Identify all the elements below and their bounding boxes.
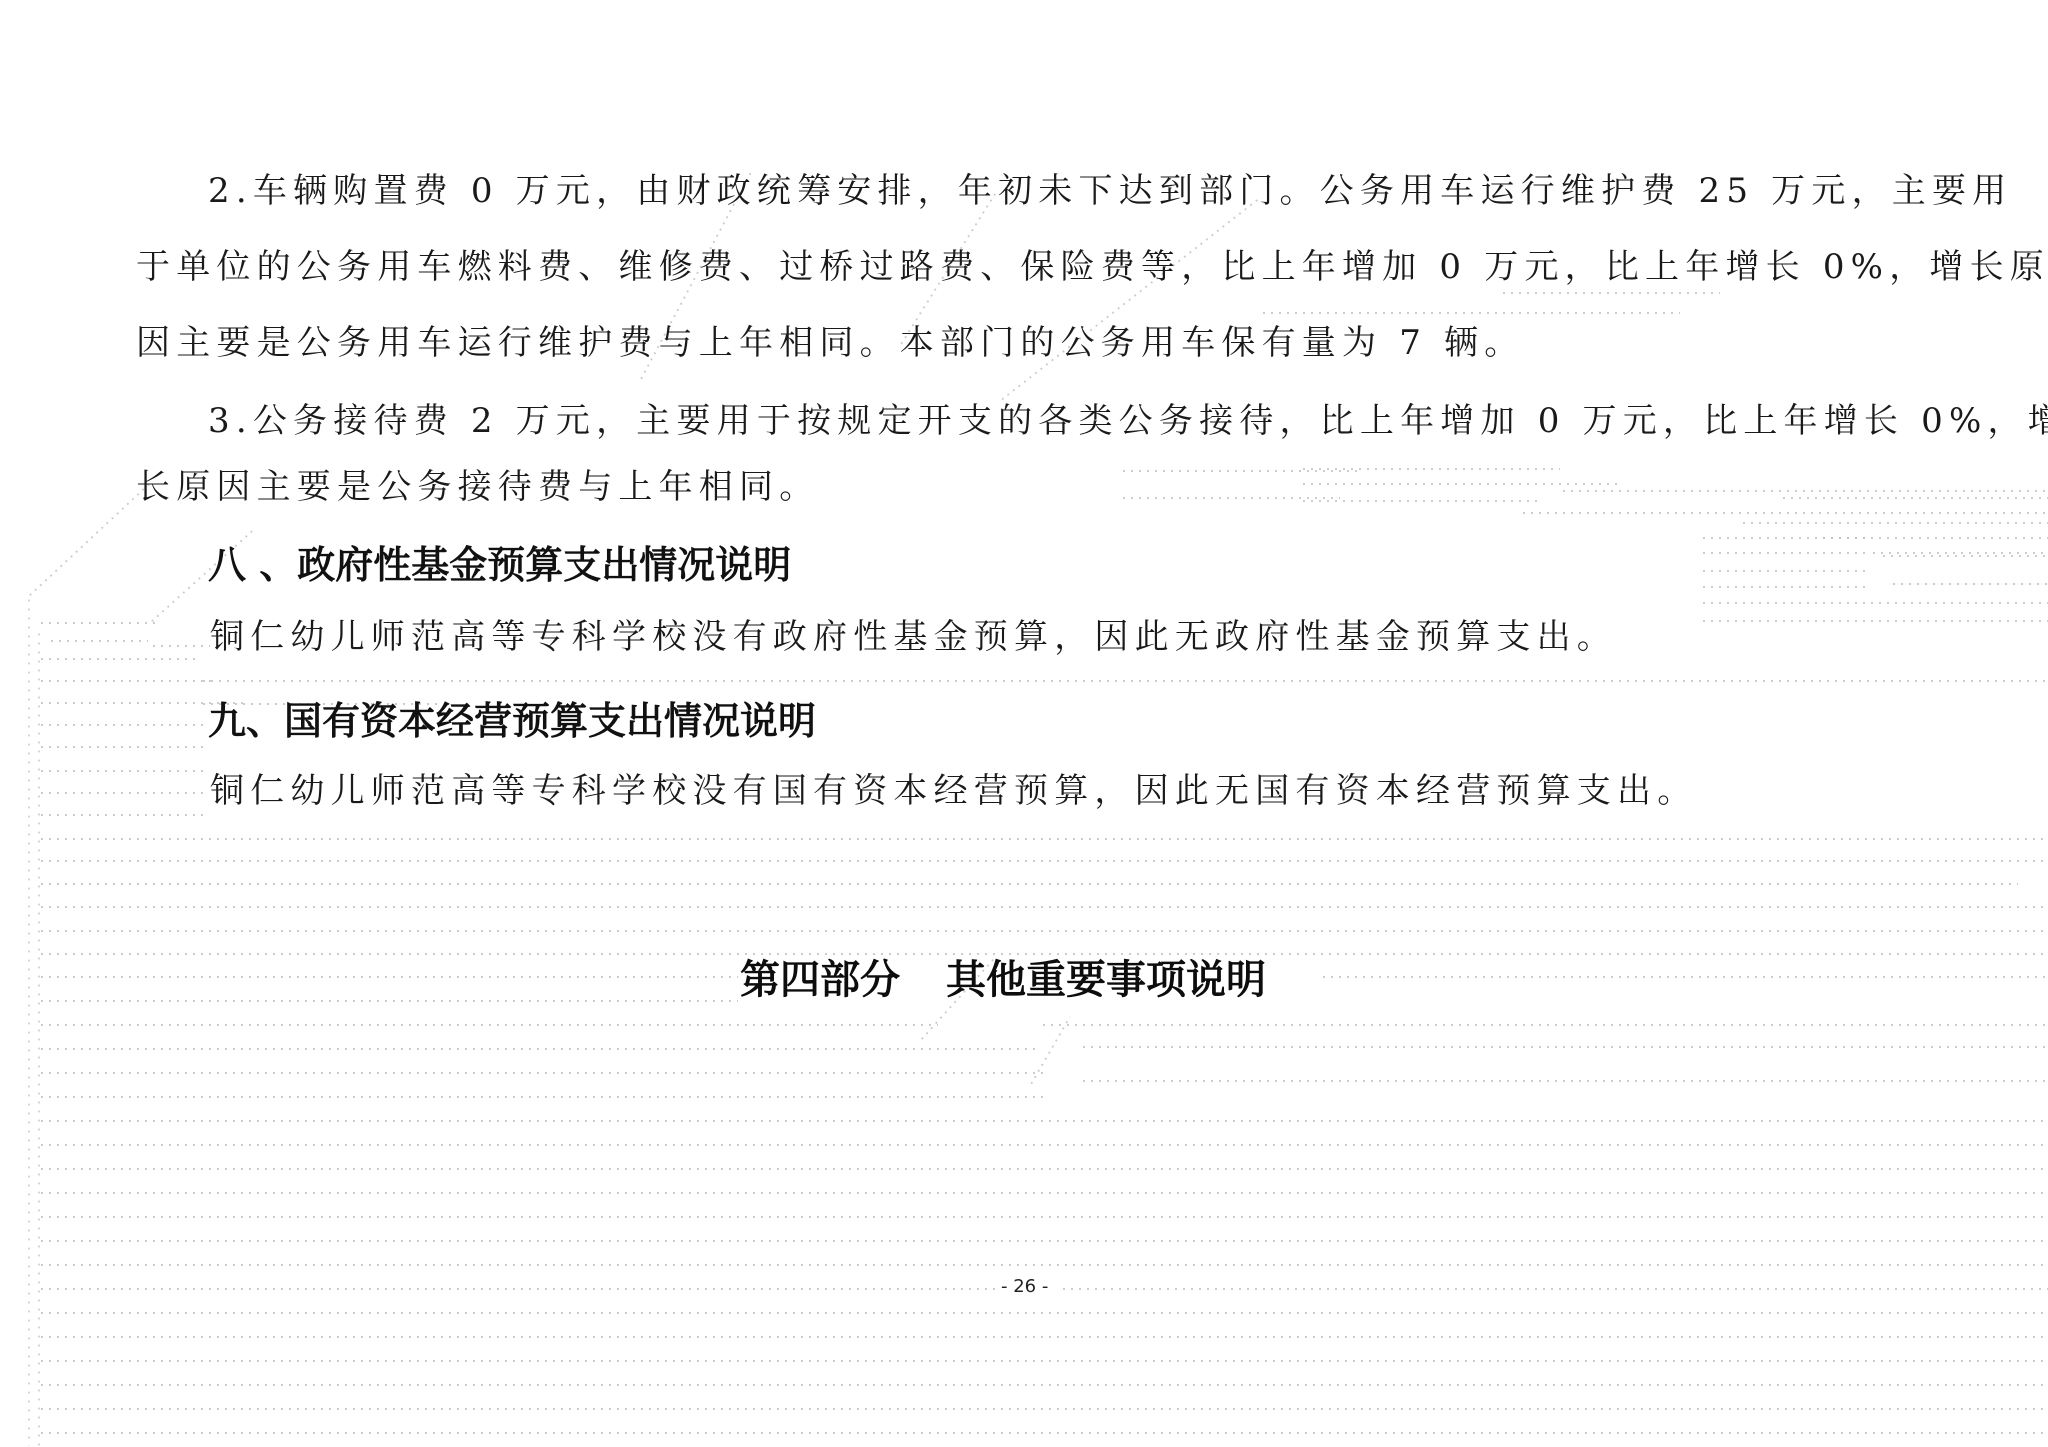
dotted-line bbox=[38, 1000, 738, 1002]
dotted-line bbox=[38, 1384, 2048, 1386]
dotted-line bbox=[1029, 1016, 1071, 1086]
dotted-line bbox=[38, 1120, 2048, 1122]
dotted-line bbox=[38, 622, 158, 624]
dotted-line bbox=[38, 1240, 2048, 1242]
dotted-line bbox=[1700, 620, 2048, 622]
dotted-line bbox=[38, 1072, 1048, 1074]
dotted-line bbox=[1560, 490, 2048, 492]
dotted-line bbox=[1520, 512, 2048, 514]
dotted-line bbox=[38, 976, 738, 978]
section-body: 铜仁幼儿师范高等专科学校没有国有资本经营预算，因此无国有资本经营预算支出。 bbox=[210, 774, 1697, 808]
dotted-line bbox=[38, 1024, 938, 1026]
dotted-line bbox=[48, 640, 148, 642]
dotted-line bbox=[38, 680, 213, 682]
dotted-line bbox=[38, 1168, 2048, 1170]
dotted-line bbox=[1080, 1046, 2048, 1048]
dotted-line bbox=[1700, 570, 1870, 572]
section-heading: 八 、政府性基金预算支出情况说明 bbox=[208, 546, 791, 584]
dotted-line bbox=[1740, 522, 2048, 524]
dotted-line bbox=[38, 1336, 2048, 1338]
dotted-line bbox=[38, 883, 2018, 885]
page-number: - 26 - bbox=[1001, 1276, 1048, 1297]
dotted-line bbox=[38, 1360, 2048, 1362]
dotted-line bbox=[1260, 312, 1680, 314]
dotted-line bbox=[1880, 555, 2048, 557]
dotted-line bbox=[1700, 602, 2048, 604]
dotted-line bbox=[38, 770, 208, 772]
dotted-line bbox=[38, 630, 40, 1446]
dotted-line bbox=[38, 658, 198, 660]
text-line: 长原因主要是公务接待费与上年相同。 bbox=[136, 470, 819, 504]
dotted-line bbox=[38, 1288, 998, 1290]
dotted-line bbox=[38, 1096, 1048, 1098]
section-heading: 九、国有资本经营预算支出情况说明 bbox=[208, 702, 816, 740]
dotted-line bbox=[1870, 552, 2048, 554]
dotted-line bbox=[38, 746, 208, 748]
dotted-line bbox=[1780, 497, 2048, 499]
dotted-line bbox=[1300, 468, 1560, 470]
dotted-line bbox=[1120, 497, 1340, 499]
dotted-line bbox=[1120, 470, 1360, 472]
dotted-line bbox=[1300, 500, 1540, 502]
dotted-line bbox=[38, 953, 2048, 955]
dotted-line bbox=[1080, 1080, 2048, 1082]
dotted-line bbox=[1300, 483, 1620, 485]
text-line: 2.车辆购置费 0 万元，由财政统筹安排，年初未下达到部门。公务用车运行维护费 … bbox=[208, 174, 2012, 208]
dotted-line bbox=[1700, 586, 1868, 588]
dotted-line bbox=[38, 838, 2048, 840]
text-line: 于单位的公务用车燃料费、维修费、过桥过路费、保险费等，比上年增加 0 万元，比上… bbox=[136, 250, 2048, 284]
part-title-text: 其他重要事项说明 bbox=[946, 956, 1266, 1003]
dotted-line bbox=[38, 1216, 2048, 1218]
dotted-line bbox=[38, 1144, 2048, 1146]
dotted-line bbox=[1890, 583, 2048, 585]
dotted-line bbox=[1320, 976, 2048, 978]
dotted-line bbox=[38, 1048, 1038, 1050]
dotted-line bbox=[1700, 537, 1870, 539]
dotted-line bbox=[38, 906, 2048, 908]
dotted-line bbox=[38, 792, 208, 794]
dotted-line bbox=[38, 1192, 2048, 1194]
dotted-line bbox=[38, 724, 208, 726]
text-line: 因主要是公务用车运行维护费与上年相同。本部门的公务用车保有量为 7 辆。 bbox=[136, 326, 1524, 360]
part-title: 第四部分其他重要事项说明 bbox=[740, 960, 1266, 1000]
dotted-line bbox=[38, 814, 208, 816]
dotted-line bbox=[28, 596, 30, 1446]
section-body: 铜仁幼儿师范高等专科学校没有政府性基金预算，因此无政府性基金预算支出。 bbox=[210, 620, 1617, 654]
dotted-line bbox=[150, 645, 210, 647]
dotted-line bbox=[1700, 552, 1870, 554]
dotted-line bbox=[1060, 1288, 2048, 1290]
dotted-line bbox=[38, 930, 2048, 932]
part-label: 第四部分 bbox=[740, 956, 900, 1003]
dotted-line bbox=[1040, 1024, 2048, 1026]
dotted-line bbox=[1500, 292, 1720, 294]
text-line: 3.公务接待费 2 万元，主要用于按规定开支的各类公务接待，比上年增加 0 万元… bbox=[208, 404, 2048, 438]
dotted-line bbox=[38, 1408, 2048, 1410]
dotted-line bbox=[200, 680, 2048, 682]
dotted-line bbox=[38, 860, 2048, 862]
dotted-line bbox=[38, 1264, 2048, 1266]
dotted-line bbox=[38, 1312, 2048, 1314]
dotted-line bbox=[27, 480, 153, 597]
dotted-line bbox=[38, 1432, 2048, 1434]
dotted-line bbox=[999, 197, 1260, 402]
